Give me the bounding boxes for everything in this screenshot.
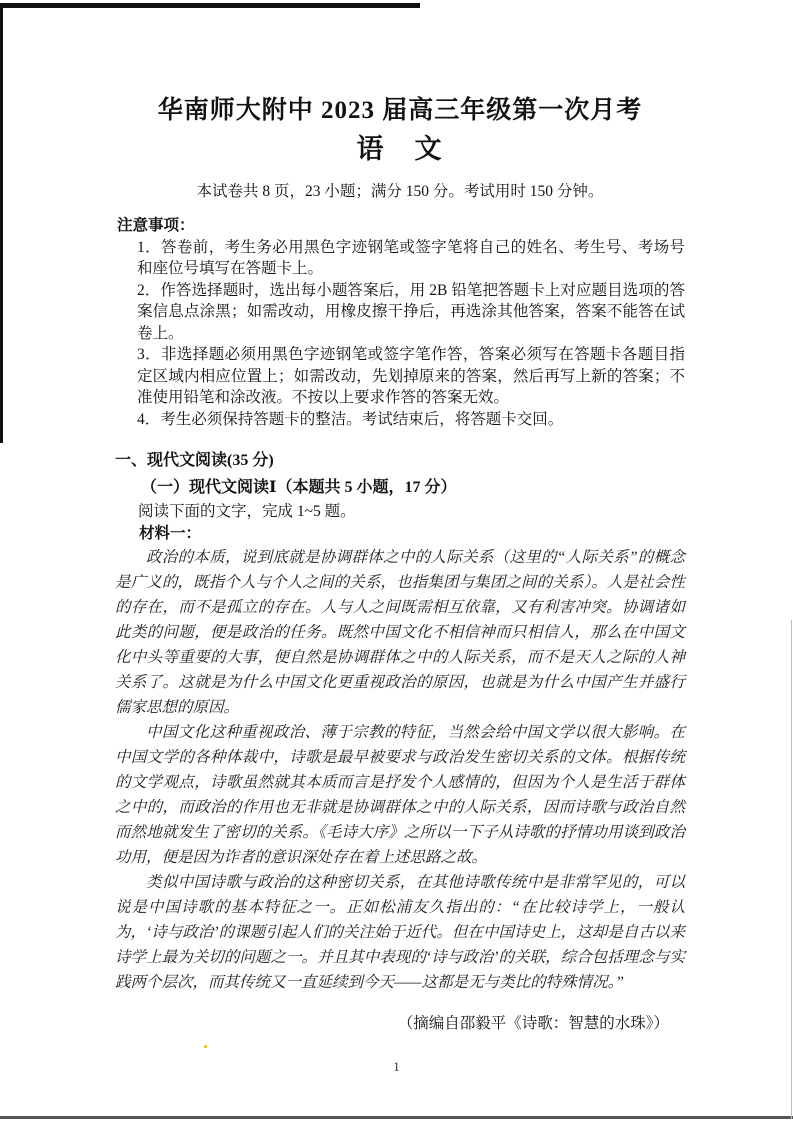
exam-paper-page: 华南师大附中 2023 届高三年级第一次月考 语 文 本试卷共 8 页，23 小… [0, 0, 793, 1122]
material-paragraph-2: 中国文化这种重视政治、薄于宗教的特征，当然会给中国文学以很大影响。在中国文学的各… [115, 720, 685, 870]
notice-item-3-text: 非选择题必须用黑色字迹钢笔或签字笔作答，答案必须写在答题卡各题目指定区域内相应位… [137, 346, 685, 406]
notice-item-2-text: 作答选择题时，选出每小题答案后，用 2B 铅笔把答题卡上对应题目选项的答案信息点… [137, 282, 685, 342]
exam-info-line: 本试卷共 8 页，23 小题；满分 150 分。考试用时 150 分钟。 [115, 181, 685, 202]
scan-edge-left [0, 3, 3, 443]
section-heading-modern-reading: 一、现代文阅读(35 分) [115, 450, 685, 472]
material-paragraph-3: 类似中国诗歌与政治的这种密切关系，在其他诗歌传统中是非常罕见的，可以说是中国诗歌… [115, 870, 685, 995]
material-paragraph-1: 政治的本质，说到底就是协调群体之中的人际关系（这里的“人际关系”的概念是广义的，… [115, 545, 685, 720]
notice-item-4: 4．考生必须保持答题卡的整洁。考试结束后，将答题卡交回。 [115, 409, 685, 431]
exam-title: 华南师大附中 2023 届高三年级第一次月考 [115, 94, 685, 127]
page-content: 华南师大附中 2023 届高三年级第一次月考 语 文 本试卷共 8 页，23 小… [115, 94, 685, 1036]
scan-edge-top [0, 3, 420, 8]
scan-edge-bottom [0, 1116, 793, 1119]
source-attribution: （摘编自邵毅平《诗歌：智慧的水珠》） [115, 1011, 685, 1036]
notice-heading: 注意事项： [117, 215, 685, 237]
scan-artifact-dot [204, 1045, 207, 1048]
notice-list: 1．答卷前，考生务必用黑色字迹钢笔或签字笔将自己的姓名、考生号、考场号和座位号填… [115, 237, 685, 431]
notice-item-3-number: 3． [137, 346, 161, 363]
reading-instruction: 阅读下面的文字，完成 1~5 题。 [115, 501, 685, 523]
notice-item-4-text: 考生必须保持答题卡的整洁。考试结束后，将答题卡交回。 [160, 411, 563, 428]
page-number: 1 [0, 1059, 793, 1075]
notice-item-2-number: 2． [137, 282, 160, 299]
notice-item-4-number: 4． [137, 411, 160, 428]
notice-item-3: 3．非选择题必须用黑色字迹钢笔或签字笔作答，答案必须写在答题卡各题目指定区域内相… [115, 344, 685, 409]
material-one-label: 材料一： [115, 523, 685, 545]
notice-item-2: 2．作答选择题时，选出每小题答案后，用 2B 铅笔把答题卡上对应题目选项的答案信… [115, 280, 685, 345]
notice-item-1-number: 1． [137, 239, 161, 256]
exam-subject: 语 文 [115, 132, 685, 166]
notice-item-1: 1．答卷前，考生务必用黑色字迹钢笔或签字笔将自己的姓名、考生号、考场号和座位号填… [115, 237, 685, 280]
section-subheading-reading-1: （一）现代文阅读Ⅰ（本题共 5 小题，17 分） [115, 477, 685, 499]
scan-edge-right [791, 620, 792, 1119]
notice-item-1-text: 答卷前，考生务必用黑色字迹钢笔或签字笔将自己的姓名、考生号、考场号和座位号填写在… [137, 239, 685, 278]
